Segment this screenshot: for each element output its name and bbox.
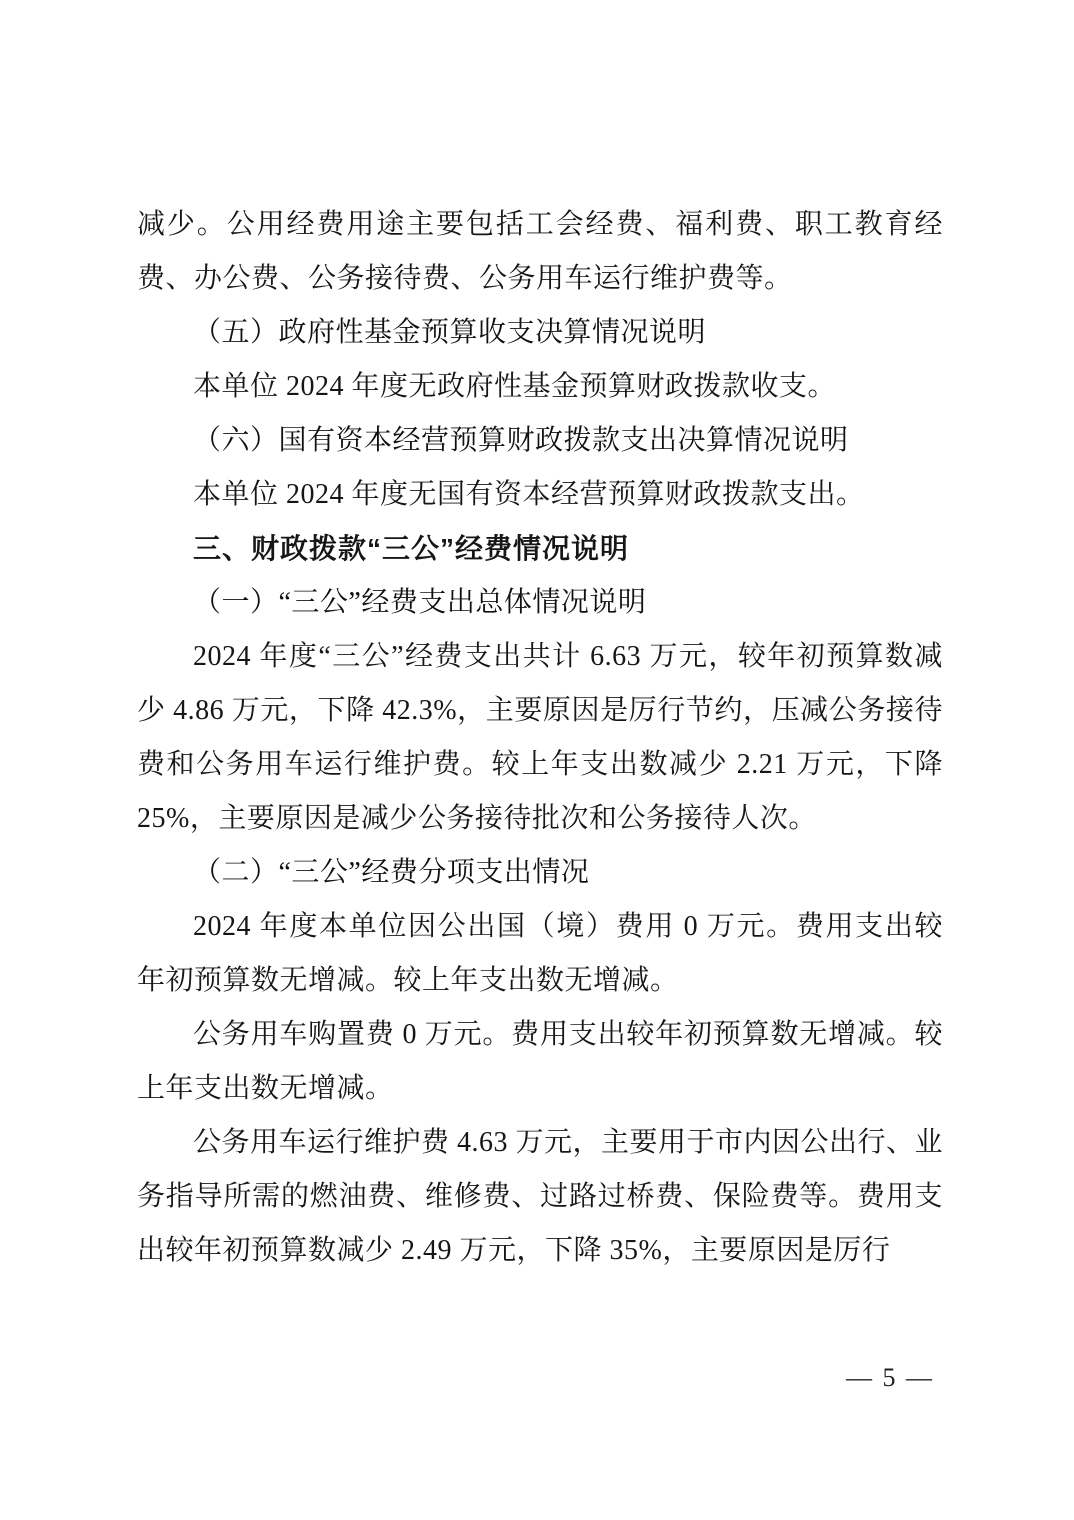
paragraph-body: 2024 年度“三公”经费支出共计 6.63 万元，较年初预算数减少 4.86 …: [137, 630, 943, 846]
document-page: 减少。公用经费用途主要包括工会经费、福利费、职工教育经费、办公费、公务接待费、公…: [0, 0, 1074, 1520]
page-number: — 5 —: [846, 1362, 934, 1394]
paragraph-body: 2024 年度本单位因公出国（境）费用 0 万元。费用支出较年初预算数无增减。较…: [137, 900, 943, 1008]
paragraph-body: 本单位 2024 年度无国有资本经营预算财政拨款支出。: [137, 468, 943, 522]
document-body: 减少。公用经费用途主要包括工会经费、福利费、职工教育经费、办公费、公务接待费、公…: [137, 198, 943, 1278]
paragraph-subheading: （五）政府性基金预算收支决算情况说明: [137, 306, 943, 360]
paragraph-body: 公务用车运行维护费 4.63 万元，主要用于市内因公出行、业务指导所需的燃油费、…: [137, 1116, 943, 1278]
paragraph-subheading: （六）国有资本经营预算财政拨款支出决算情况说明: [137, 414, 943, 468]
paragraph-subheading: （一）“三公”经费支出总体情况说明: [137, 576, 943, 630]
paragraph-body: 减少。公用经费用途主要包括工会经费、福利费、职工教育经费、办公费、公务接待费、公…: [137, 198, 943, 306]
paragraph-subheading: （二）“三公”经费分项支出情况: [137, 846, 943, 900]
paragraph-body: 本单位 2024 年度无政府性基金预算财政拨款收支。: [137, 360, 943, 414]
paragraph-heading: 三、财政拨款“三公”经费情况说明: [137, 522, 943, 576]
paragraph-body: 公务用车购置费 0 万元。费用支出较年初预算数无增减。较上年支出数无增减。: [137, 1008, 943, 1116]
